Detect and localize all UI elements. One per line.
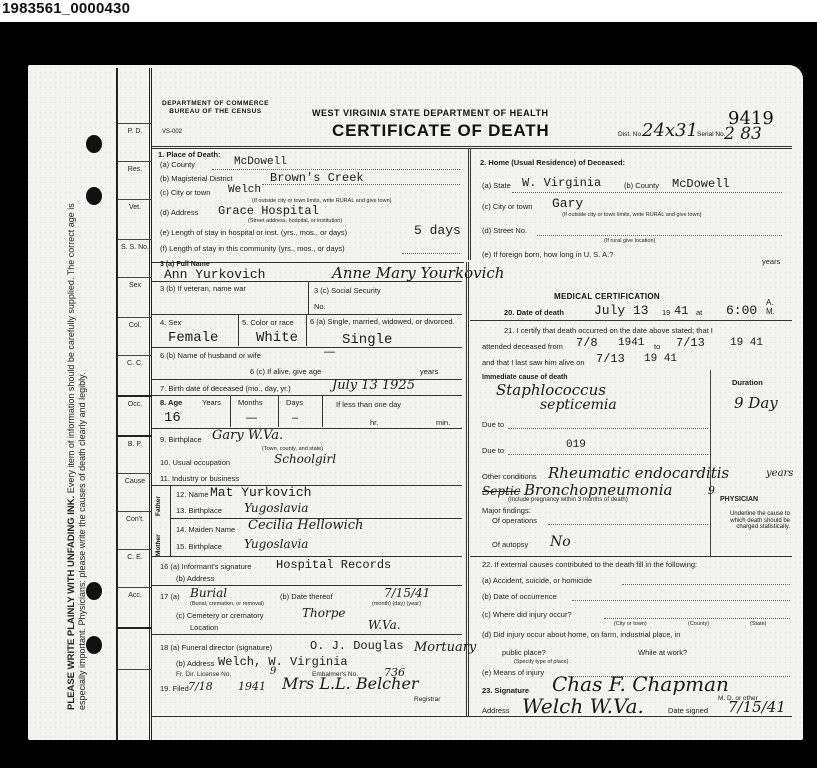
pregnancy-note: (Include pregnancy within 3 months of de… bbox=[508, 497, 628, 503]
death-time-value: 6:00 bbox=[726, 303, 757, 318]
divider bbox=[322, 395, 323, 427]
field-line bbox=[262, 184, 460, 185]
informant-value: Hospital Records bbox=[276, 558, 391, 572]
physician-label: PHYSICIAN bbox=[720, 496, 758, 503]
divider bbox=[152, 634, 462, 635]
death-year-value: 41 bbox=[674, 304, 688, 318]
instruction-text-2: especially important. Physicians: please… bbox=[77, 90, 88, 710]
funeral-address-label: (b) Address bbox=[176, 659, 214, 668]
findings-label: Major findings: bbox=[482, 506, 531, 515]
father-name-value: Mat Yurkovich bbox=[210, 485, 311, 500]
disposition-note: (Burial, cremation, or removal) bbox=[190, 601, 264, 607]
filed-year-value: 1941 bbox=[238, 680, 266, 693]
instruction-text: Every item of information should be care… bbox=[66, 203, 76, 493]
age-days-value: – bbox=[292, 412, 298, 424]
res-city-label: (c) City or town bbox=[482, 202, 532, 211]
immediate-cause-label: Immediate cause of death bbox=[482, 374, 568, 381]
foreign-label: (e) If foreign born, how long in U. S. A… bbox=[482, 250, 613, 259]
coding-column: P. D. Res. Vet. S. S. No. Sex Col. C. C.… bbox=[116, 68, 152, 740]
where-label: (c) Where did injury occur? bbox=[482, 610, 572, 619]
code-cell bbox=[118, 669, 152, 719]
field-line bbox=[508, 428, 708, 429]
dist-value: 24x31 bbox=[642, 120, 698, 141]
residence-heading: 2. Home (Usual Residence) of Deceased: bbox=[480, 158, 625, 167]
divider bbox=[152, 379, 462, 380]
birth-date-value: July 13 1925 bbox=[332, 378, 415, 393]
years-suffix: years bbox=[762, 257, 780, 266]
underline-note: Underline the cause to which death shoul… bbox=[714, 511, 790, 531]
divider bbox=[230, 395, 231, 427]
place-of-death-heading: 1. Place of Death: bbox=[158, 150, 221, 159]
full-name-signature: Anne Mary Yourkovich bbox=[332, 264, 504, 282]
other-conditions-label: Other conditions bbox=[482, 472, 537, 481]
divider bbox=[238, 314, 239, 346]
medical-heading: MEDICAL CERTIFICATION bbox=[554, 292, 660, 301]
age-months-value: — bbox=[246, 412, 257, 424]
divider bbox=[152, 556, 462, 557]
autopsy-value: No bbox=[550, 534, 571, 550]
birthplace-label: 9. Birthplace bbox=[160, 435, 202, 444]
form-number: VS-002 bbox=[162, 129, 182, 135]
binder-hole-icon bbox=[86, 582, 102, 600]
field-line bbox=[572, 600, 790, 601]
serial-value: 2 83 bbox=[724, 124, 762, 144]
funeral-address-value: Welch, W. Virginia bbox=[218, 655, 348, 669]
due-to-label-1: Due to bbox=[482, 420, 504, 429]
birthplace-value: Gary W.Va. bbox=[212, 428, 283, 443]
census-header: DEPARTMENT OF COMMERCE BUREAU OF THE CEN… bbox=[162, 100, 269, 116]
street-note: (If rural give location) bbox=[604, 238, 655, 244]
external-heading: 22. If external causes contributed to th… bbox=[482, 560, 697, 569]
signature-address-label: Address bbox=[482, 706, 510, 715]
divider bbox=[152, 146, 792, 149]
residence-state-value: W. Virginia bbox=[522, 176, 601, 190]
divider bbox=[470, 320, 792, 321]
death-county-value: McDowell bbox=[234, 156, 287, 168]
age-lt-day-label: If less than one day bbox=[336, 400, 401, 409]
cemetery-label: (c) Cemetery or crematory bbox=[176, 611, 264, 620]
informant-address-label: (b) Address bbox=[176, 574, 214, 583]
disposition-value: Burial bbox=[190, 586, 227, 600]
divider bbox=[278, 395, 279, 427]
street-label: (d) Street No. bbox=[482, 226, 527, 235]
last-seen-year: 19 41 bbox=[644, 353, 677, 365]
field-line bbox=[508, 454, 708, 455]
means-label: (e) Means of injury bbox=[482, 668, 544, 677]
attended-from-year: 1941 bbox=[618, 337, 644, 349]
divider bbox=[152, 281, 462, 282]
dept-line: DEPARTMENT OF COMMERCE bbox=[162, 100, 269, 108]
district-label: (b) Magisterial District bbox=[160, 174, 233, 183]
to-label: to bbox=[654, 342, 660, 351]
last-seen-label: and that I last saw him alive on bbox=[482, 358, 585, 367]
spouse-age-label: 6 (c) If alive, give age bbox=[250, 367, 321, 376]
code-cell: Col. bbox=[118, 317, 152, 355]
industry-label: 11. Industry or business bbox=[160, 474, 239, 483]
code-cell: Acc. bbox=[118, 587, 152, 627]
stay-hospital-label: (e) Length of stay in hospital or inst. … bbox=[160, 228, 347, 237]
other-conditions-duration-2: 9 bbox=[708, 484, 715, 497]
state-department: WEST VIRGINIA STATE DEPARTMENT OF HEALTH bbox=[312, 108, 549, 118]
other-conditions-duration-1: years bbox=[766, 468, 793, 479]
date-signed-label: Date signed bbox=[668, 706, 708, 715]
min-label: min. bbox=[436, 418, 450, 427]
occurrence-label: (b) Date of occurrence bbox=[482, 592, 557, 601]
age-years-label: Years bbox=[202, 398, 221, 407]
registrar-signature: Mrs L.L. Belcher bbox=[282, 674, 419, 693]
document-id: 1983561_0000430 bbox=[2, 0, 130, 17]
informant-label: 16 (a) Informant's signature bbox=[160, 562, 251, 571]
sex-label: 4. Sex bbox=[160, 318, 181, 327]
burial-date-label: (b) Date thereof bbox=[280, 592, 333, 601]
code-cell: C. C. bbox=[118, 355, 152, 395]
age-label: 8. Age bbox=[160, 398, 182, 407]
hr-label: hr. bbox=[370, 418, 378, 427]
stay-hospital-value: 5 days bbox=[414, 223, 461, 238]
code-cell: Sex bbox=[118, 277, 152, 317]
occupation-value: Schoolgirl bbox=[274, 452, 336, 466]
cemetery-value: Thorpe bbox=[302, 606, 345, 620]
death-date-label: 20. Date of death bbox=[504, 308, 564, 317]
side-instructions: PLEASE WRITE PLAINLY WITH UNFADING INK. … bbox=[66, 90, 88, 710]
attended-to-value: 7/13 bbox=[676, 336, 705, 350]
location-label: Location bbox=[190, 623, 218, 632]
state-label: (a) State bbox=[482, 181, 511, 190]
occupation-label: 10. Usual occupation bbox=[160, 458, 230, 467]
divider bbox=[466, 262, 469, 716]
full-name-value: Ann Yurkovich bbox=[164, 267, 265, 282]
divider bbox=[468, 148, 471, 260]
ampm-value: A. M. bbox=[766, 298, 776, 316]
res-county-label: (b) County bbox=[624, 181, 659, 190]
binder-hole-icon bbox=[86, 187, 102, 205]
father-birthplace-value: Yugoslavia bbox=[244, 501, 308, 515]
autopsy-label: Of autopsy bbox=[492, 540, 528, 549]
location-value: W.Va. bbox=[368, 618, 401, 632]
code-cell bbox=[118, 627, 152, 669]
where-city-note: (City or town) bbox=[614, 621, 647, 627]
field-line bbox=[548, 524, 708, 525]
field-line bbox=[402, 253, 460, 254]
father-tag: Father bbox=[155, 496, 162, 516]
residence-county-value: McDowell bbox=[672, 177, 730, 191]
mother-maiden-label: 14. Maiden Name bbox=[176, 525, 235, 534]
mother-tag: Mother bbox=[155, 534, 162, 556]
address-label: (d) Address bbox=[160, 208, 198, 217]
birth-date-label: 7. Birth date of deceased (mo., day, yr.… bbox=[160, 384, 291, 393]
last-seen-value: 7/13 bbox=[596, 352, 625, 366]
code-cell: Cause bbox=[118, 473, 152, 511]
field-line bbox=[622, 584, 790, 585]
immediate-cause-value-2: septicemia bbox=[540, 397, 617, 413]
burial-date-note: (month) (day) (year) bbox=[372, 601, 421, 607]
where-state-note: (State) bbox=[750, 621, 767, 627]
dist-label: Dist. No. bbox=[618, 131, 643, 138]
specify-note: (Specify type of place) bbox=[514, 659, 568, 665]
address-note: (Street address, hospital, or institutio… bbox=[248, 218, 342, 224]
date-signed-value: 7/15/41 bbox=[728, 698, 786, 716]
spouse-age-suffix: years bbox=[420, 367, 438, 376]
home-label: (d) Did injury occur about home, on farm… bbox=[482, 630, 680, 639]
where-county-note: (County) bbox=[688, 621, 709, 627]
burial-date-value: 7/15/41 bbox=[384, 586, 430, 600]
mother-maiden-value: Cecilia Hellowich bbox=[248, 518, 363, 533]
funeral-director-value: O. J. Douglas bbox=[310, 639, 404, 653]
district-value: Brown's Creek bbox=[270, 171, 364, 185]
binder-hole-icon bbox=[86, 636, 102, 654]
mother-birthplace-label: 15. Birthplace bbox=[176, 542, 222, 551]
attended-from-value: 7/8 bbox=[576, 336, 598, 350]
marital-value: Single bbox=[342, 332, 392, 348]
license-value: 9 bbox=[270, 666, 276, 677]
registrar-label: Registrar bbox=[414, 696, 440, 703]
signature-address-value: Welch W.Va. bbox=[522, 694, 644, 718]
certify-text: 21. I certify that death occurred on the… bbox=[504, 326, 713, 335]
operations-label: Of operations bbox=[492, 516, 537, 525]
due-to-value-2: 019 bbox=[566, 439, 586, 451]
res-city-note: (If outside city or town limits, write R… bbox=[562, 212, 701, 218]
duration-label: Duration bbox=[732, 378, 763, 387]
age-years-value: 16 bbox=[164, 410, 181, 426]
signature-value: Chas F. Chapman bbox=[552, 672, 729, 696]
field-line bbox=[604, 618, 790, 619]
year-prefix: 19 bbox=[662, 308, 670, 317]
veteran-label: 3 (b) If veteran, name war bbox=[160, 284, 246, 293]
spouse-value: — bbox=[324, 346, 335, 358]
disposition-label: 17 (a) bbox=[160, 592, 180, 601]
stay-community-label: (f) Length of stay in this community (yr… bbox=[160, 244, 345, 253]
father-birthplace-label: 13. Birthplace bbox=[176, 506, 222, 515]
race-label: 5. Color or race bbox=[242, 318, 294, 327]
public-place-label: public place? bbox=[502, 648, 546, 657]
divider bbox=[152, 428, 462, 429]
code-cell: S. S. No. bbox=[118, 239, 152, 277]
due-to-label-2: Due to bbox=[482, 446, 504, 455]
divider bbox=[152, 395, 462, 396]
residence-city-value: Gary bbox=[552, 196, 583, 211]
father-name-label: 12. Name bbox=[176, 490, 209, 499]
code-cell: P. D. bbox=[118, 123, 152, 161]
bureau-line: BUREAU OF THE CENSUS bbox=[162, 108, 269, 116]
field-line bbox=[512, 192, 782, 193]
marital-label: 6 (a) Single, married, widowed, or divor… bbox=[310, 318, 460, 326]
at-label: at bbox=[696, 308, 702, 317]
code-cell: Con't. bbox=[118, 511, 152, 549]
serial-label: Serial No. bbox=[697, 131, 726, 138]
duration-value: 9 Day bbox=[734, 394, 778, 412]
filed-date-value: 7/18 bbox=[188, 680, 213, 693]
license-label: Fr. Dir. License No. bbox=[176, 671, 231, 678]
filed-label: 19. Filed bbox=[160, 684, 189, 693]
city-label: (c) City or town bbox=[160, 188, 210, 197]
county-label: (a) County bbox=[160, 160, 195, 169]
attended-label: attended deceased from bbox=[482, 342, 563, 351]
work-label: While at work? bbox=[638, 648, 687, 657]
race-value: White bbox=[256, 330, 298, 346]
spouse-label: 6 (b) Name of husband or wife bbox=[160, 351, 261, 360]
sex-value: Female bbox=[168, 330, 218, 346]
ss-no-label: No. bbox=[314, 302, 326, 311]
divider bbox=[152, 314, 462, 315]
death-date-value: July 13 bbox=[594, 303, 649, 318]
attended-to-year: 19 41 bbox=[730, 337, 763, 349]
code-cell: Res. bbox=[118, 161, 152, 199]
funeral-director-label: 18 (a) Funeral director (signature) bbox=[160, 643, 272, 652]
divider bbox=[308, 281, 309, 315]
binder-hole-icon bbox=[86, 135, 102, 153]
divider bbox=[306, 314, 307, 346]
code-cell: C. E. bbox=[118, 549, 152, 587]
certificate-form: DEPARTMENT OF COMMERCE BUREAU OF THE CEN… bbox=[152, 68, 792, 740]
age-days-label: Days bbox=[286, 398, 303, 407]
bottom-rule bbox=[152, 716, 792, 717]
field-line bbox=[537, 235, 782, 236]
other-conditions-value-1: Rheumatic endocarditis bbox=[548, 464, 729, 482]
death-city-value: Welch bbox=[228, 184, 261, 196]
age-months-label: Months bbox=[238, 398, 263, 407]
divider bbox=[152, 347, 462, 348]
struck-word: Septic bbox=[482, 484, 520, 498]
divider bbox=[470, 556, 792, 557]
death-address-value: Grace Hospital bbox=[218, 204, 319, 218]
ss-label: 3 (c) Social Security bbox=[314, 286, 381, 295]
code-cell: B. P. bbox=[118, 435, 152, 473]
field-line bbox=[212, 169, 460, 170]
instruction-bold: PLEASE WRITE PLAINLY WITH UNFADING INK. bbox=[66, 496, 77, 710]
code-cell: Occ. bbox=[118, 395, 152, 435]
code-cell: Vet. bbox=[118, 199, 152, 239]
accident-label: (a) Accident, suicide, or homicide bbox=[482, 576, 592, 585]
page-title: CERTIFICATE OF DEATH bbox=[332, 121, 549, 141]
divider bbox=[170, 485, 171, 557]
mother-birthplace-value: Yugoslavia bbox=[244, 537, 308, 551]
